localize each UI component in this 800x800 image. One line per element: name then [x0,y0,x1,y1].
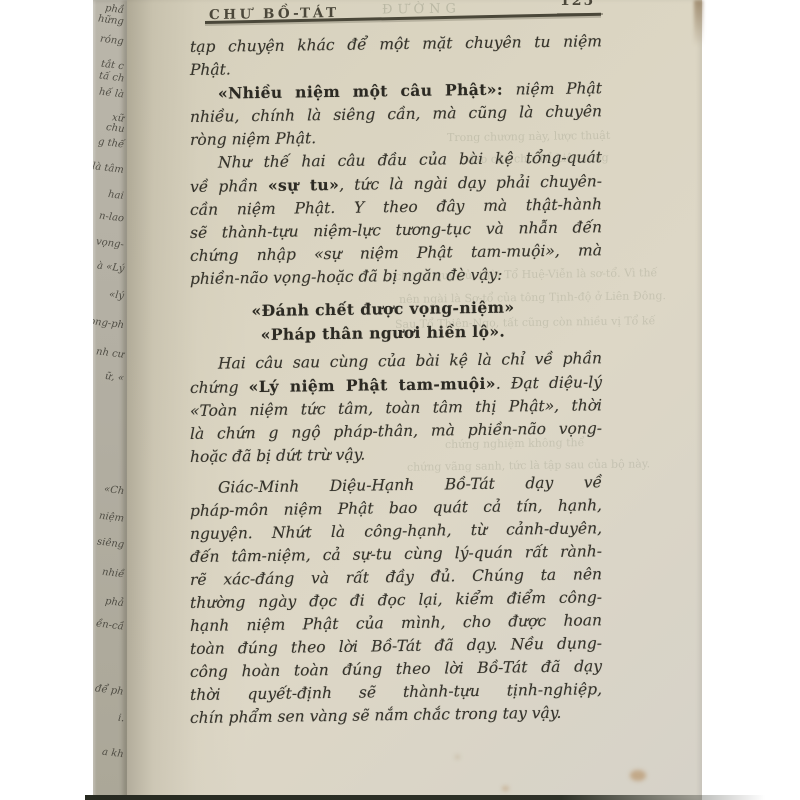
ghost-text: chứng nghiệm không thể [445,436,584,451]
strip-text-fragment: «Ch [103,484,124,497]
text-phrase: hoặc đã bị dứt trừ vậy. [190,446,365,466]
strip-text-fragment: chu [105,122,125,135]
foxing-spot [502,786,509,791]
text-phrase: , tức là ngài dạy phải chuyên- [339,172,602,194]
strip-text-fragment: là tâm [93,161,125,176]
strip-text-fragment: tấ ch [98,70,125,84]
strip-text-fragment: ọng-ph [93,316,125,331]
strip-text-fragment: để ph [95,683,125,697]
bold-phrase: «Nhiều niệm một câu Phật»: [218,79,516,102]
book-page: CHƯ BỒ-TÁT ĐƯỜNG 125 tạp chuyện khác để … [127,0,702,800]
bold-phrase: «sự tu» [268,175,339,195]
text-phrase: Phật. [190,60,231,79]
text-phrase: về phần [190,177,268,196]
text-phrase: ròng niệm Phật. [190,129,316,149]
strip-text-fragment: ữ, « [104,371,124,384]
text-phrase: nguyện. Nhứt là công-hạnh, từ cảnh-duyên… [190,519,602,543]
ghost-text: Trong chương này, lược thuật [447,129,610,144]
text-phrase: Giác-Minh Diệu-Hạnh Bồ-Tát dạy về [218,473,602,496]
foxing-spot [455,755,460,759]
left-page-curl: phầhữngróngtắt ctấ chhế làxữchug thếlà t… [93,0,127,800]
strip-text-fragment: à «Lý [96,260,125,274]
bold-phrase: «Lý niệm Phật tam-muội» [249,374,496,396]
text-phrase: sẽ thành-tựu niệm-lực tương-tục và nhẫn … [190,218,602,242]
ghost-text: Sau Tổ Thiện-Ngọ, tất cũng còn nhiều vị … [395,314,655,331]
strip-text-fragment: «lý [108,289,124,302]
text-phrase: thời quyết-định sẽ thành-tựu tịnh-nghiệp… [190,680,602,704]
strip-text-fragment: phả [105,596,125,609]
text-phrase: nhiều, chính là siêng cần, mà cũng là ch… [190,102,602,126]
strip-text-fragment: n-lao [98,211,124,225]
strip-text-fragment: siêng [96,536,124,550]
text-phrase: pháp-môn niệm Phật bao quát cả tín, hạnh… [190,496,602,520]
ghost-text: đạo của chư Tổ Liên-tông [467,151,609,166]
strip-text-fragment: i. [117,713,125,725]
ghost-text: cho có quy-củ, thời Tổ Huệ-Viễn là sơ-tổ… [395,266,657,283]
strip-text-fragment: niệm [98,511,124,525]
ghost-text: nên ngài là Sơ-tổ của tông Tịnh-độ ở Liê… [399,289,666,306]
ghost-text: chứng vãng sanh, tức là tập sau của bộ n… [407,457,650,473]
text-phrase: chứng [190,378,249,397]
text-phrase: «Toàn niệm tức tâm, toàn tâm thị Phật», … [190,396,602,420]
foxing-spot [630,770,646,781]
text-phrase: chín phẩm sen vàng sẽ nắm chắc trong tay… [190,704,561,727]
text-phrase: niệm Phật [516,79,602,98]
strip-text-fragment: ền-cầ [96,618,125,632]
text-phrase: toàn đúng theo lời Bồ-Tát đã dạy. Nều dụ… [190,634,602,658]
strip-text-fragment: hững [98,13,125,27]
text-phrase: . Đạt diệu-lý [496,373,602,392]
text-phrase: thường ngày đọc đi đọc lại, kiểm điểm cô… [190,588,602,612]
text-phrase: Hai câu sau cùng của bài kệ là chỉ về ph… [218,349,602,372]
text-phrase: hạnh niệm Phật của mình, cho được hoan [190,611,602,635]
text-phrase: chứng nhập «sự niệm Phật tam-muội», mà [190,241,602,265]
body-line: chín phẩm sen vàng sẽ nắm chắc trong tay… [190,701,602,730]
strip-text-fragment: hế là [98,87,124,101]
page-number: 125 [560,0,595,9]
text-phrase: công hoàn toàn đúng theo lời Bồ-Tát đã d… [190,657,602,681]
text-phrase: rẽ xác-đáng và rất đầy đủ. Chúng ta nên [190,565,602,589]
bottom-shadow-band [85,795,765,800]
strip-text-fragment: g thế [97,136,124,150]
strip-text-fragment: nhiề [101,567,124,581]
page-edge-smudge [694,0,703,46]
text-phrase: cần niệm Phật. Y theo đây mà thật-hành [190,195,602,219]
strip-text-fragment: nh cư [95,346,124,360]
strip-text-fragment: hai [108,189,125,202]
text-phrase: tạp chuyện khác để một mặt chuyên tu niệ… [190,32,602,56]
strip-text-fragment: vọng- [96,236,125,250]
text-phrase: đến tâm-niệm, cả sự-tu cùng lý-quán rất … [190,542,602,566]
strip-text-fragment: róng [100,34,125,48]
strip-text-fragment: a kh [102,747,125,761]
